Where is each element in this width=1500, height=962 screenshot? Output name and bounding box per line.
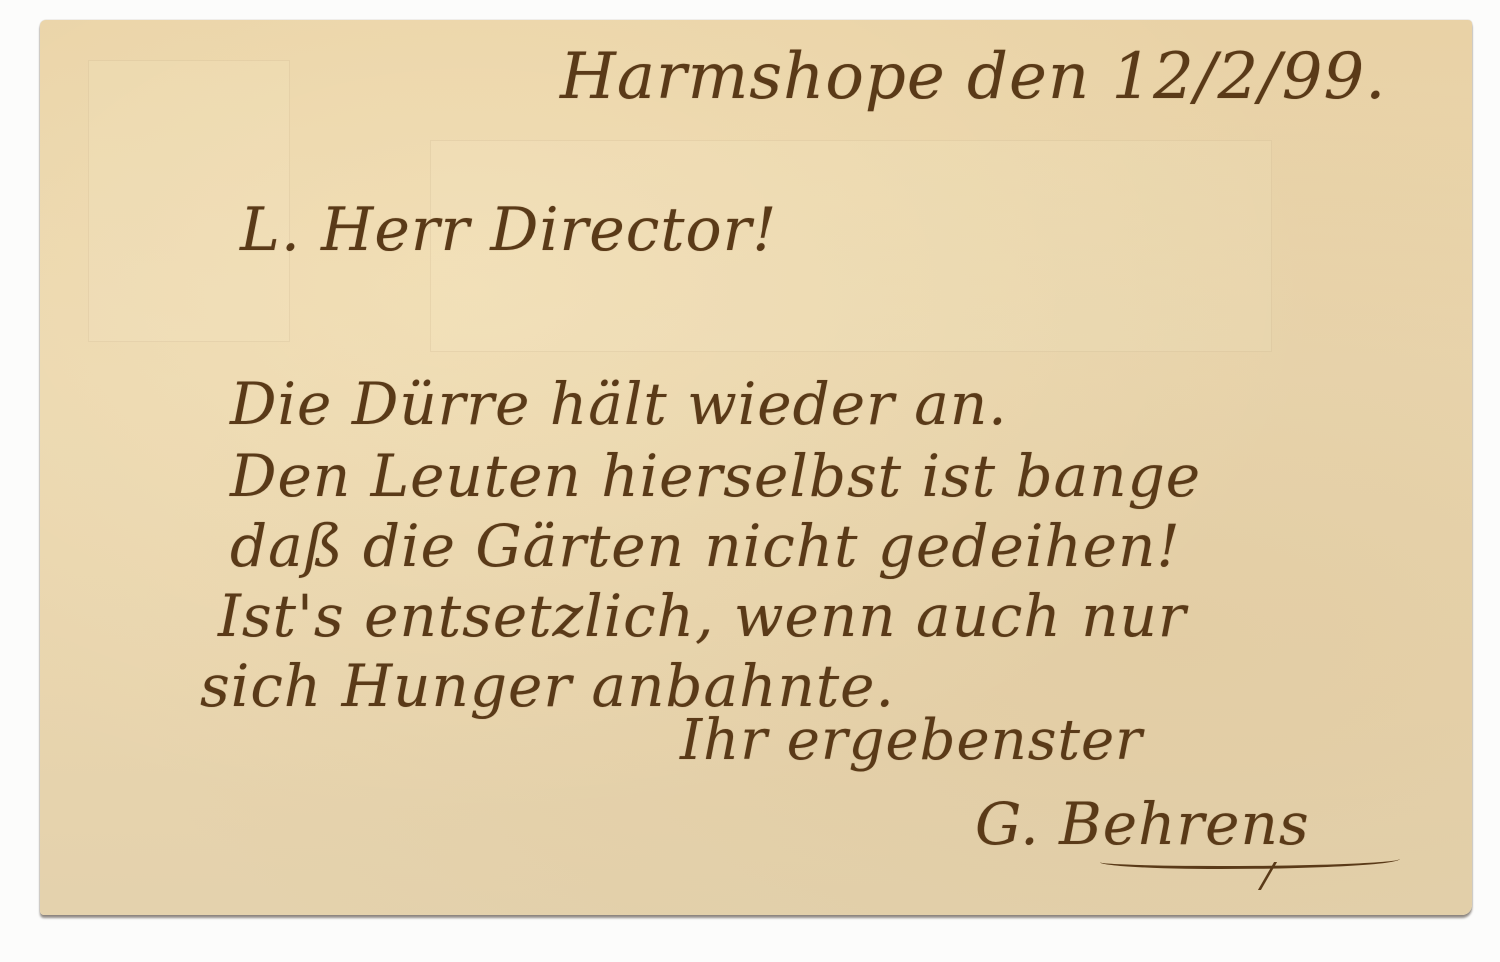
place-date-line: Harmshope den 12/2/99. — [560, 40, 1387, 114]
signature: G. Behrens — [975, 790, 1310, 858]
closing: Ihr ergebenster — [680, 708, 1143, 773]
body-line: Die Dürre hält wieder an. — [230, 370, 1008, 438]
body-line: Den Leuten hierselbst ist bange — [230, 442, 1201, 510]
scan-background: Harmshope den 12/2/99. L. Herr Director!… — [0, 0, 1500, 962]
salutation: L. Herr Director! — [240, 195, 777, 265]
body-line: Ist's entsetzlich, wenn auch nur — [218, 582, 1187, 650]
body-line: daß die Gärten nicht gedeihen! — [230, 512, 1181, 580]
